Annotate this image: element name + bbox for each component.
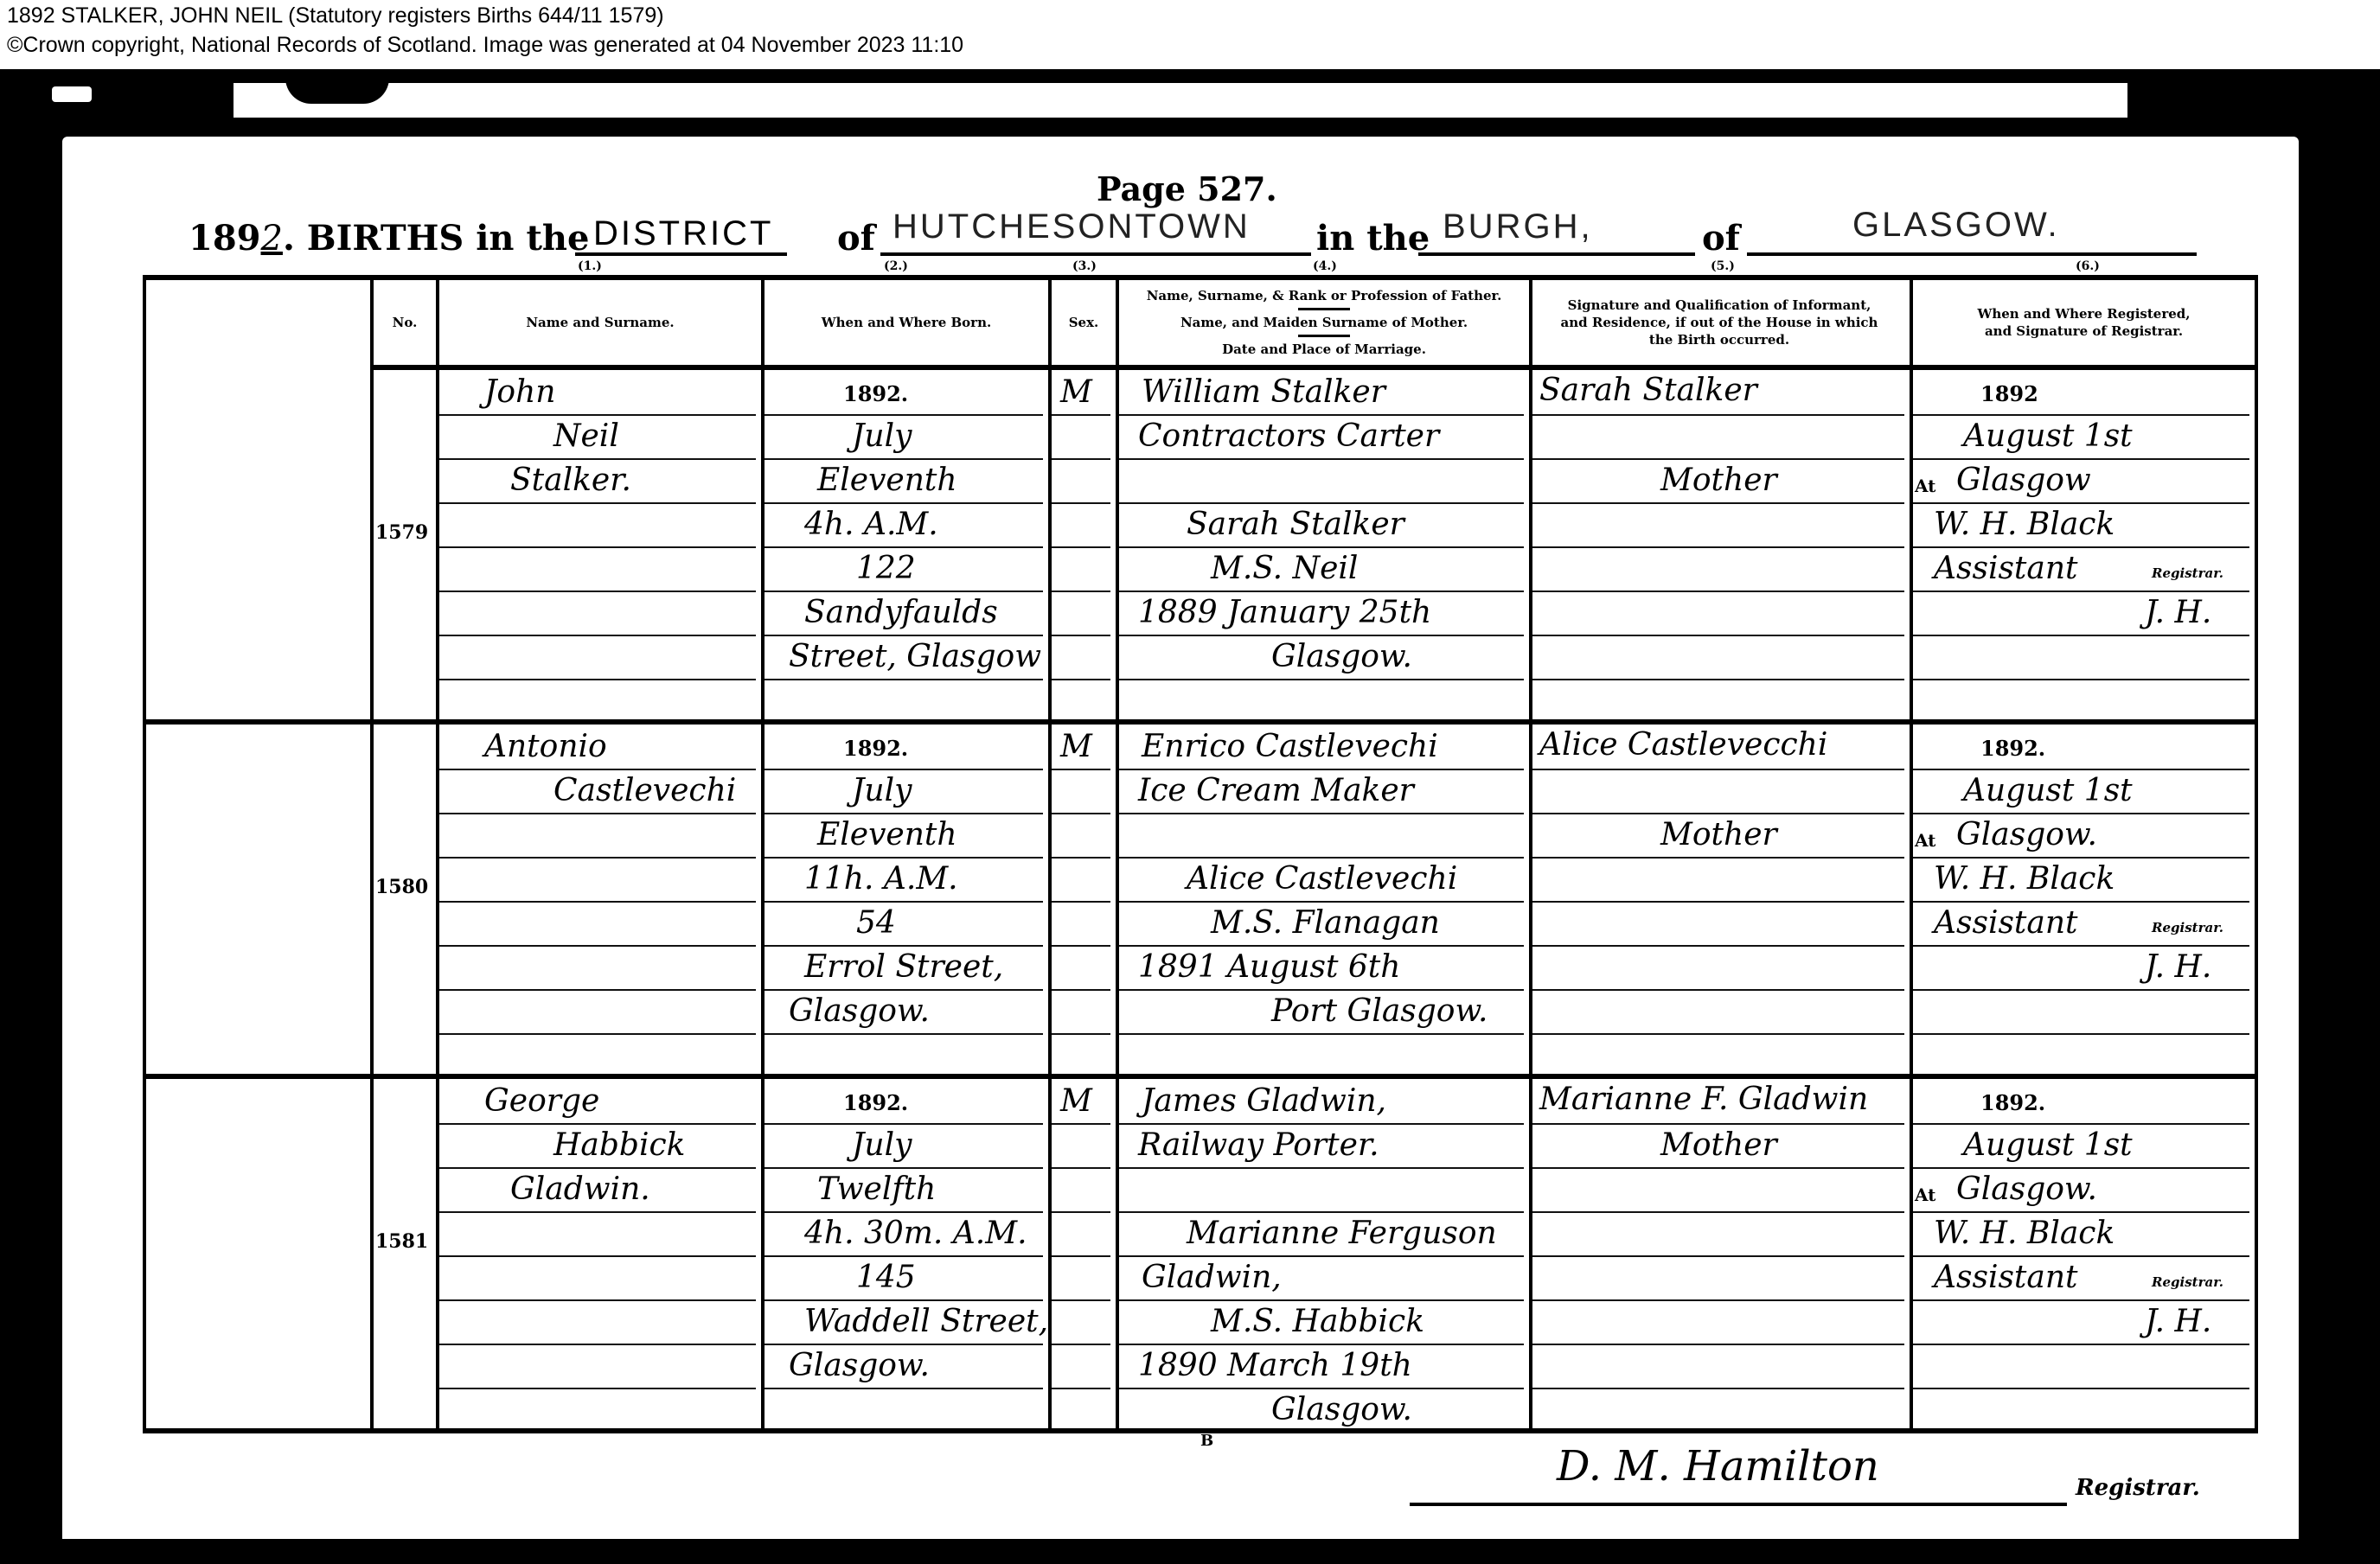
- sub-row-rule: [1119, 546, 1524, 548]
- district-type-underline: [575, 252, 787, 256]
- scan-border-right: [2296, 69, 2380, 1564]
- sub-row-rule: [439, 857, 756, 859]
- header-parents: Name, Surname, & Rank or Profession of F…: [1119, 280, 1529, 365]
- entry-number: 1580: [375, 876, 428, 898]
- sub-row-rule: [765, 901, 1043, 903]
- registration-year: 1892.: [1980, 1093, 2045, 1114]
- registrar-label-small: Registrar.: [2152, 1274, 2223, 1290]
- registrar-label-small: Registrar.: [2152, 565, 2223, 581]
- district-name-underline: [880, 252, 1311, 256]
- header-name: Name and Surname.: [439, 280, 761, 365]
- in-the-label: in the: [1316, 218, 1430, 259]
- burgh-name: GLASGOW.: [1852, 206, 2060, 245]
- sub-row-rule: [765, 414, 1043, 416]
- mother-name: Alice Castlevechi: [1187, 864, 1457, 895]
- sub-row-rule: [1913, 769, 2249, 770]
- informant-qualification: Mother: [1660, 820, 1777, 851]
- sub-row-rule: [1052, 1167, 1110, 1169]
- child-surname: Gladwin.: [510, 1174, 650, 1205]
- col-line-born: [1048, 275, 1052, 1433]
- col-line-margin: [370, 275, 374, 1433]
- sub-row-rule: [1052, 813, 1110, 814]
- sub-row-rule: [1052, 1255, 1110, 1257]
- birth-detail-line: Eleventh: [817, 820, 957, 851]
- sub-row-rule: [1532, 1299, 1904, 1301]
- birth-detail-line: Street, Glasgow: [789, 642, 1041, 673]
- sub-row-rule: [1532, 1255, 1904, 1257]
- sub-row-rule: [1052, 945, 1110, 947]
- sub-row-rule: [1052, 1211, 1110, 1213]
- of-label-1: of: [837, 218, 875, 259]
- sub-row-rule: [1913, 1299, 2249, 1301]
- col-line-no: [436, 275, 439, 1433]
- sub-row-rule: [1052, 414, 1110, 416]
- sub-row-rule: [765, 1344, 1043, 1345]
- sub-row-rule: [765, 1211, 1043, 1213]
- sub-row-rule: [1532, 1344, 1904, 1345]
- assistant-registrar-title: Assistant: [1934, 908, 2078, 939]
- sub-row-rule: [1532, 414, 1904, 416]
- child-forename: George: [484, 1086, 599, 1117]
- sub-row-rule: [765, 1299, 1043, 1301]
- column-number-1: (1.): [578, 259, 602, 273]
- sub-row-rule: [1532, 901, 1904, 903]
- registration-place: Glasgow.: [1956, 1174, 2097, 1205]
- sub-row-rule: [765, 1123, 1043, 1125]
- sub-row-rule: [1119, 590, 1524, 592]
- footer-mark: B: [1200, 1432, 1213, 1450]
- header-informant: Signature and Qualification of Informant…: [1539, 280, 1899, 365]
- sub-row-rule: [1052, 458, 1110, 460]
- col-line-left: [143, 275, 146, 1433]
- registration-date: August 1st: [1963, 1130, 2133, 1161]
- sub-row-rule: [1913, 1211, 2249, 1213]
- header-rule: [1298, 308, 1350, 310]
- sub-row-rule: [1119, 1211, 1524, 1213]
- registration-date: August 1st: [1963, 421, 2133, 452]
- sub-row-rule: [1052, 1344, 1110, 1345]
- header-parents-father: Name, Surname, & Rank or Profession of F…: [1147, 287, 1502, 304]
- birth-detail-line: 122: [856, 553, 916, 584]
- sub-row-rule: [439, 1388, 756, 1389]
- header-sex: Sex.: [1052, 280, 1116, 365]
- sub-row-rule: [1532, 679, 1904, 680]
- col-line-name: [761, 275, 765, 1433]
- mother-maiden-surname: M.S. Neil: [1211, 553, 1358, 584]
- sub-row-rule: [439, 901, 756, 903]
- district-type: DISTRICT: [593, 214, 773, 253]
- birth-detail-line: July: [852, 776, 912, 807]
- child-middle-name: Habbick: [553, 1130, 685, 1161]
- birth-detail-line: 4h. 30m. A.M.: [804, 1218, 1027, 1249]
- child-middle-name: Castlevechi: [553, 776, 736, 807]
- child-middle-name: Neil: [553, 421, 619, 452]
- sub-row-rule: [1119, 1388, 1524, 1389]
- sub-row-rule: [1913, 1167, 2249, 1169]
- sub-row-rule: [1119, 769, 1524, 770]
- sub-row-rule: [1532, 1123, 1904, 1125]
- father-name: James Gladwin,: [1142, 1086, 1386, 1117]
- sub-row-rule: [439, 458, 756, 460]
- sub-row-rule: [765, 1255, 1043, 1257]
- sub-row-rule: [1119, 1344, 1524, 1345]
- column-number-6: (6.): [2076, 259, 2100, 273]
- previous-page-edge: [234, 83, 2127, 118]
- sub-row-rule: [1913, 546, 2249, 548]
- sub-row-rule: [1532, 590, 1904, 592]
- registrar-signature-line: [1410, 1503, 2067, 1506]
- birth-detail-line: Twelfth: [817, 1174, 936, 1205]
- entry-number: 1579: [375, 521, 428, 544]
- registrar-initials: J. H.: [2145, 1306, 2211, 1337]
- header-parents-marriage: Date and Place of Marriage.: [1222, 341, 1426, 358]
- sub-row-rule: [765, 679, 1043, 680]
- birth-detail-line: Eleventh: [817, 465, 957, 496]
- birth-detail-line: July: [852, 421, 912, 452]
- col-line-right: [2255, 275, 2258, 1433]
- marriage-place: Glasgow.: [1271, 1395, 1412, 1426]
- sub-row-rule: [1119, 1167, 1524, 1169]
- sex-value: M: [1060, 1086, 1092, 1117]
- sub-row-rule: [1052, 635, 1110, 636]
- header-registered: When and Where Registered, and Signature…: [1913, 280, 2255, 365]
- child-forename: John: [484, 377, 555, 408]
- binding-mark: [285, 78, 389, 104]
- informant-qualification: Mother: [1660, 1130, 1777, 1161]
- registration-at-label: At: [1915, 1186, 1935, 1203]
- title-year: 1892. BIRTHS in the: [189, 218, 589, 259]
- entry-divider-1: [143, 719, 2258, 725]
- header-parents-mother: Name, and Maiden Surname of Mother.: [1180, 314, 1468, 331]
- sub-row-rule: [439, 945, 756, 947]
- sub-row-rule: [765, 458, 1043, 460]
- sub-row-rule: [1052, 857, 1110, 859]
- birth-detail-line: 11h. A.M.: [804, 864, 958, 895]
- header-rule: [1298, 335, 1350, 337]
- year-prefix: 189: [189, 218, 261, 259]
- assistant-registrar-name: W. H. Black: [1934, 1218, 2114, 1249]
- sub-row-rule: [1119, 989, 1524, 991]
- sex-value: M: [1060, 377, 1092, 408]
- registration-place: Glasgow.: [1956, 820, 2097, 851]
- sub-row-rule: [1119, 1123, 1524, 1125]
- header-bottom-border: [372, 365, 2257, 370]
- burgh-type-underline: [1418, 252, 1695, 256]
- header-born: When and Where Born.: [765, 280, 1048, 365]
- sub-row-rule: [1052, 1033, 1110, 1035]
- father-occupation: Contractors Carter: [1138, 421, 1439, 452]
- assistant-registrar-name: W. H. Black: [1934, 864, 2114, 895]
- sub-row-rule: [1913, 1388, 2249, 1389]
- sub-row-rule: [1913, 989, 2249, 991]
- birth-detail-line: Sandyfaulds: [804, 597, 998, 629]
- burgh-name-underline: [1747, 252, 2197, 256]
- burgh-type: BURGH,: [1443, 207, 1593, 246]
- sub-row-rule: [1532, 458, 1904, 460]
- sub-row-rule: [1532, 502, 1904, 504]
- births-label: . BIRTHS in the: [283, 218, 590, 259]
- sub-row-rule: [1119, 458, 1524, 460]
- sub-row-rule: [1532, 769, 1904, 770]
- informant-signature: Alice Castlevecchi: [1539, 730, 1827, 761]
- sub-row-rule: [1052, 1299, 1110, 1301]
- column-number-3: (3.): [1072, 259, 1097, 273]
- sub-row-rule: [439, 502, 756, 504]
- sub-row-rule: [765, 502, 1043, 504]
- sub-row-rule: [439, 546, 756, 548]
- sub-row-rule: [1052, 679, 1110, 680]
- informant-qualification: Mother: [1660, 465, 1777, 496]
- column-number-4: (4.): [1313, 259, 1337, 273]
- sub-row-rule: [1913, 1033, 2249, 1035]
- sub-row-rule: [1119, 857, 1524, 859]
- sub-row-rule: [765, 1388, 1043, 1389]
- sub-row-rule: [1532, 813, 1904, 814]
- sub-row-rule: [439, 1299, 756, 1301]
- marriage-date: 1891 August 6th: [1138, 952, 1400, 983]
- sub-row-rule: [765, 857, 1043, 859]
- sub-row-rule: [765, 635, 1043, 636]
- sub-row-rule: [1052, 590, 1110, 592]
- sub-row-rule: [1052, 1123, 1110, 1125]
- registration-date: August 1st: [1963, 776, 2133, 807]
- registration-year: 1892.: [1980, 738, 2045, 759]
- sub-row-rule: [1532, 1167, 1904, 1169]
- sub-row-rule: [1913, 1344, 2249, 1345]
- registration-at-label: At: [1915, 477, 1935, 495]
- sub-row-rule: [1532, 1388, 1904, 1389]
- sub-row-rule: [439, 1344, 756, 1345]
- sub-row-rule: [439, 813, 756, 814]
- scan-border-bottom: [0, 1537, 2380, 1564]
- sub-row-rule: [1119, 1033, 1524, 1035]
- sub-row-rule: [1532, 635, 1904, 636]
- sub-row-rule: [1913, 635, 2249, 636]
- sub-row-rule: [765, 1033, 1043, 1035]
- header-no: No.: [374, 280, 436, 365]
- assistant-registrar-title: Assistant: [1934, 1262, 2078, 1293]
- sub-row-rule: [1052, 901, 1110, 903]
- sub-row-rule: [1119, 679, 1524, 680]
- sub-row-rule: [1119, 813, 1524, 814]
- sub-row-rule: [1119, 945, 1524, 947]
- birth-year: 1892.: [843, 738, 908, 759]
- registrar-label-small: Registrar.: [2152, 920, 2223, 935]
- registration-at-label: At: [1915, 832, 1935, 849]
- mother-maiden-surname: M.S. Flanagan: [1211, 908, 1440, 939]
- sub-row-rule: [765, 769, 1043, 770]
- sub-row-rule: [1913, 945, 2249, 947]
- sub-row-rule: [1913, 857, 2249, 859]
- registration-place: Glasgow: [1956, 465, 2091, 496]
- mother-name: Sarah Stalker: [1187, 509, 1404, 540]
- birth-detail-line: Errol Street,: [804, 952, 1003, 983]
- father-occupation: Railway Porter.: [1138, 1130, 1379, 1161]
- sub-row-rule: [1119, 1299, 1524, 1301]
- copyright-notice: ©Crown copyright, National Records of Sc…: [7, 33, 963, 58]
- marriage-place: Glasgow.: [1271, 642, 1412, 673]
- birth-detail-line: 145: [856, 1262, 916, 1293]
- sub-row-rule: [1913, 414, 2249, 416]
- col-line-sex: [1116, 275, 1119, 1433]
- sub-row-rule: [1913, 1123, 2249, 1125]
- sub-row-rule: [439, 1033, 756, 1035]
- sub-row-rule: [1119, 1255, 1524, 1257]
- marriage-date: 1890 March 19th: [1138, 1350, 1412, 1382]
- scan-border-left: [0, 69, 64, 1564]
- scan-artifact: [52, 86, 92, 102]
- birth-year: 1892.: [843, 384, 908, 405]
- birth-detail-line: Glasgow.: [789, 1350, 930, 1382]
- assistant-registrar-title: Assistant: [1934, 553, 2078, 584]
- sub-row-rule: [1052, 989, 1110, 991]
- marriage-date: 1889 January 25th: [1138, 597, 1431, 629]
- sub-row-rule: [1532, 857, 1904, 859]
- record-title: 1892 STALKER, JOHN NEIL (Statutory regis…: [7, 3, 664, 29]
- birth-detail-line: 4h. A.M.: [804, 509, 938, 540]
- entry-divider-2: [143, 1074, 2258, 1079]
- sub-row-rule: [1119, 414, 1524, 416]
- sub-row-rule: [439, 989, 756, 991]
- sub-row-rule: [765, 590, 1043, 592]
- sub-row-rule: [765, 813, 1043, 814]
- birth-detail-line: Waddell Street,: [804, 1306, 1048, 1337]
- father-name: Enrico Castlevechi: [1142, 731, 1438, 763]
- column-number-2: (2.): [884, 259, 908, 273]
- sub-row-rule: [439, 414, 756, 416]
- sub-row-rule: [439, 590, 756, 592]
- birth-detail-line: July: [852, 1130, 912, 1161]
- district-name: HUTCHESONTOWN: [892, 207, 1251, 246]
- sub-row-rule: [1052, 769, 1110, 770]
- sub-row-rule: [1532, 1211, 1904, 1213]
- registrar-initials: J. H.: [2145, 952, 2211, 983]
- column-number-5: (5.): [1711, 259, 1735, 273]
- sub-row-rule: [1913, 901, 2249, 903]
- col-line-parents: [1529, 275, 1532, 1433]
- sub-row-rule: [1532, 1033, 1904, 1035]
- sex-value: M: [1060, 731, 1092, 763]
- sub-row-rule: [439, 1167, 756, 1169]
- year-digit: 2: [261, 219, 283, 259]
- registrar-label: Registrar.: [2076, 1475, 2200, 1501]
- sub-row-rule: [439, 1211, 756, 1213]
- sub-row-rule: [1913, 590, 2249, 592]
- sub-row-rule: [1913, 458, 2249, 460]
- sub-row-rule: [439, 679, 756, 680]
- sub-row-rule: [439, 1123, 756, 1125]
- sub-row-rule: [1052, 1388, 1110, 1389]
- sub-row-rule: [765, 945, 1043, 947]
- birth-year: 1892.: [843, 1093, 908, 1114]
- father-name: William Stalker: [1142, 377, 1385, 408]
- sub-row-rule: [439, 635, 756, 636]
- registrar-signature: D. M. Hamilton: [1557, 1442, 1879, 1491]
- sub-row-rule: [1532, 989, 1904, 991]
- registration-year: 1892: [1980, 384, 2038, 405]
- sub-row-rule: [1532, 546, 1904, 548]
- page-number: Page 527.: [1097, 169, 1277, 208]
- sub-row-rule: [1532, 945, 1904, 947]
- assistant-registrar-name: W. H. Black: [1934, 509, 2114, 540]
- of-label-2: of: [1702, 218, 1740, 259]
- mother-name: Marianne Ferguson: [1187, 1218, 1497, 1249]
- sub-row-rule: [1913, 679, 2249, 680]
- col-line-informant: [1910, 275, 1913, 1433]
- sub-row-rule: [1119, 635, 1524, 636]
- mother-name-continued: Gladwin,: [1142, 1262, 1282, 1293]
- sub-row-rule: [1052, 502, 1110, 504]
- sub-row-rule: [439, 1255, 756, 1257]
- sub-row-rule: [1119, 901, 1524, 903]
- sub-row-rule: [765, 1167, 1043, 1169]
- child-surname: Stalker.: [510, 465, 631, 496]
- birth-detail-line: Glasgow.: [789, 996, 930, 1027]
- father-occupation: Ice Cream Maker: [1138, 776, 1414, 807]
- sub-row-rule: [765, 546, 1043, 548]
- sub-row-rule: [765, 989, 1043, 991]
- sub-row-rule: [1119, 502, 1524, 504]
- entry-number: 1581: [375, 1230, 428, 1253]
- birth-detail-line: 54: [856, 908, 896, 939]
- sub-row-rule: [1913, 1255, 2249, 1257]
- sub-row-rule: [439, 769, 756, 770]
- registrar-initials: J. H.: [2145, 597, 2211, 629]
- mother-maiden-surname: M.S. Habbick: [1211, 1306, 1424, 1337]
- sub-row-rule: [1913, 502, 2249, 504]
- sub-row-rule: [1052, 546, 1110, 548]
- marriage-place: Port Glasgow.: [1271, 996, 1487, 1027]
- informant-signature: Marianne F. Gladwin: [1539, 1084, 1868, 1115]
- child-forename: Antonio: [484, 731, 607, 763]
- informant-signature: Sarah Stalker: [1539, 375, 1757, 406]
- sub-row-rule: [1913, 813, 2249, 814]
